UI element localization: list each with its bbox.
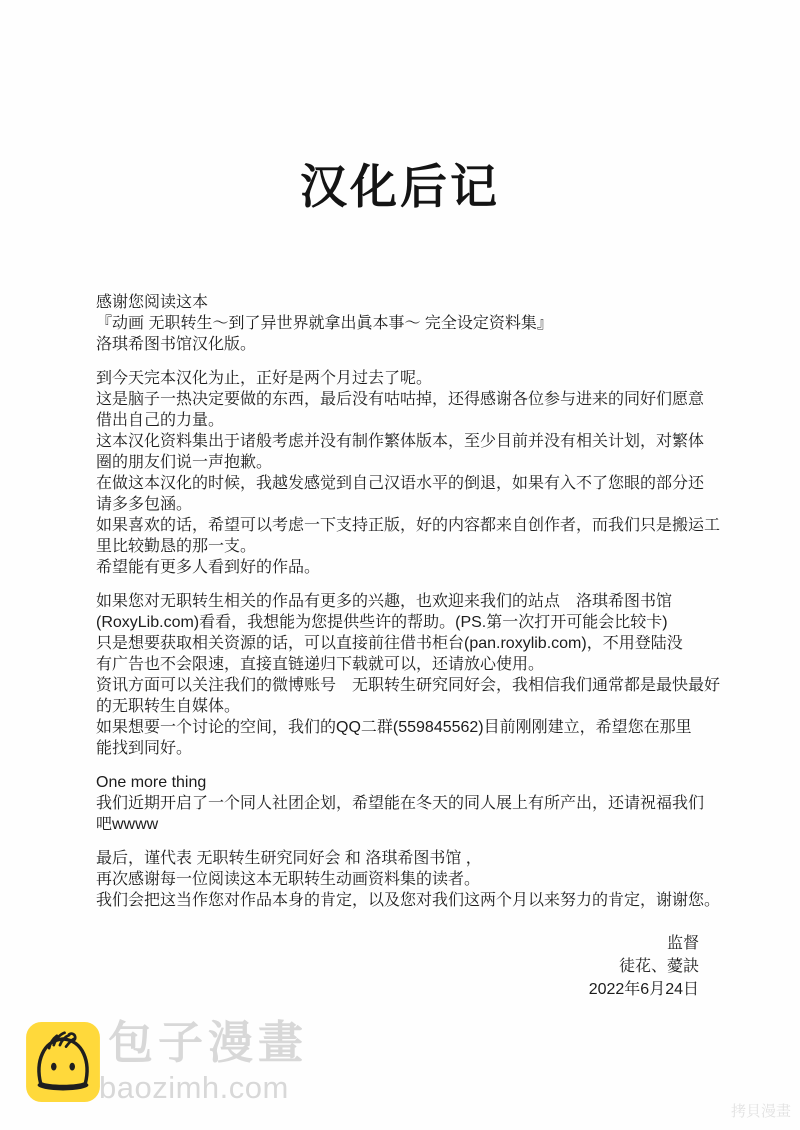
- text-line: 这本汉化资料集出于诸般考虑并没有制作繁体版本，至少目前并没有相关计划，对繁体: [96, 431, 713, 452]
- text-line: (RoxyLib.com)看看，我想能为您提供些许的帮助。(PS.第一次打开可能…: [96, 612, 713, 633]
- text-line: 再次感谢每一位阅读这本无职转生动画资料集的读者。: [96, 869, 713, 890]
- text-line: 希望能有更多人看到好的作品。: [96, 557, 713, 578]
- text-line: 如果您对无职转生相关的作品有更多的兴趣，也欢迎来我们的站点 洛琪希图书馆: [96, 591, 713, 612]
- text-line: 资讯方面可以关注我们的微博账号 无职转生研究同好会，我相信我们通常都是最快最好: [96, 675, 713, 696]
- paragraph: 感谢您阅读这本『动画 无职转生～到了异世界就拿出眞本事～ 完全设定资料集』洛琪希…: [96, 292, 713, 355]
- text-line: 有广告也不会限速，直接直链递归下载就可以，还请放心使用。: [96, 654, 713, 675]
- text-line: 吧wwww: [96, 814, 713, 835]
- signature-role: 监督: [96, 932, 699, 955]
- signature-date: 2022年6月24日: [96, 978, 699, 1001]
- text-line: 在做这本汉化的时候，我越发感觉到自己汉语水平的倒退，如果有入不了您眼的部分还: [96, 473, 713, 494]
- text-line: 如果喜欢的话，希望可以考虑一下支持正版，好的内容都来自创作者，而我们只是搬运工: [96, 515, 713, 536]
- text-line: 里比较勤恳的那一支。: [96, 536, 713, 557]
- text-line: 最后，谨代表 无职转生研究同好会 和 洛琪希图书馆 ，: [96, 848, 713, 869]
- text-line: 我们近期开启了一个同人社团企划，希望能在冬天的同人展上有所产出，还请祝福我们: [96, 793, 713, 814]
- text-line: 我们会把这当作您对作品本身的肯定，以及您对我们这两个月以来努力的肯定，谢谢您。: [96, 890, 713, 911]
- signature-block: 监督 徒花、薆訣 2022年6月24日: [96, 932, 713, 1001]
- text-line: 只是想要获取相关资源的话，可以直接前往借书柜台(pan.roxylib.com)…: [96, 633, 713, 654]
- text-line: 请多多包涵。: [96, 494, 713, 515]
- text-line: 圈的朋友们说一声抱歉。: [96, 452, 713, 473]
- text-line: 能找到同好。: [96, 738, 713, 759]
- text-line: 『动画 无职转生～到了异世界就拿出眞本事～ 完全设定资料集』: [96, 313, 713, 334]
- text-line: 借出自己的力量。: [96, 410, 713, 431]
- text-line: 洛琪希图书馆汉化版。: [96, 334, 713, 355]
- afterword-page: 汉化后记 感谢您阅读这本『动画 无职转生～到了异世界就拿出眞本事～ 完全设定资料…: [0, 0, 800, 1130]
- text-line: 如果想要一个讨论的空间，我们的QQ二群(559845562)目前刚刚建立，希望您…: [96, 717, 713, 738]
- paragraph: 到今天完本汉化为止，正好是两个月过去了呢。这是脑子一热决定要做的东西，最后没有咕…: [96, 368, 713, 578]
- text-line: 感谢您阅读这本: [96, 292, 713, 313]
- text-line: One more thing: [96, 772, 713, 793]
- paragraph: One more thing我们近期开启了一个同人社团企划，希望能在冬天的同人展…: [96, 772, 713, 835]
- body-text: 感谢您阅读这本『动画 无职转生～到了异世界就拿出眞本事～ 完全设定资料集』洛琪希…: [96, 292, 713, 924]
- text-line: 到今天完本汉化为止，正好是两个月过去了呢。: [96, 368, 713, 389]
- text-line: 的无职转生自媒体。: [96, 696, 713, 717]
- brand-url: baozimh.com: [99, 1072, 289, 1103]
- paragraph: 如果您对无职转生相关的作品有更多的兴趣，也欢迎来我们的站点 洛琪希图书馆(Rox…: [96, 591, 713, 759]
- text-line: 这是脑子一热决定要做的东西，最后没有咕咕掉，还得感谢各位参与进来的同好们愿意: [96, 389, 713, 410]
- paragraph: 最后，谨代表 无职转生研究同好会 和 洛琪希图书馆 ，再次感谢每一位阅读这本无职…: [96, 848, 713, 911]
- baozi-bun-icon: [26, 1022, 100, 1102]
- corner-watermark: 拷貝漫畫: [731, 1100, 791, 1121]
- page-title: 汉化后记: [0, 150, 800, 217]
- signature-names: 徒花、薆訣: [96, 955, 699, 978]
- brand-name-cn: 包子漫畫: [108, 1020, 308, 1065]
